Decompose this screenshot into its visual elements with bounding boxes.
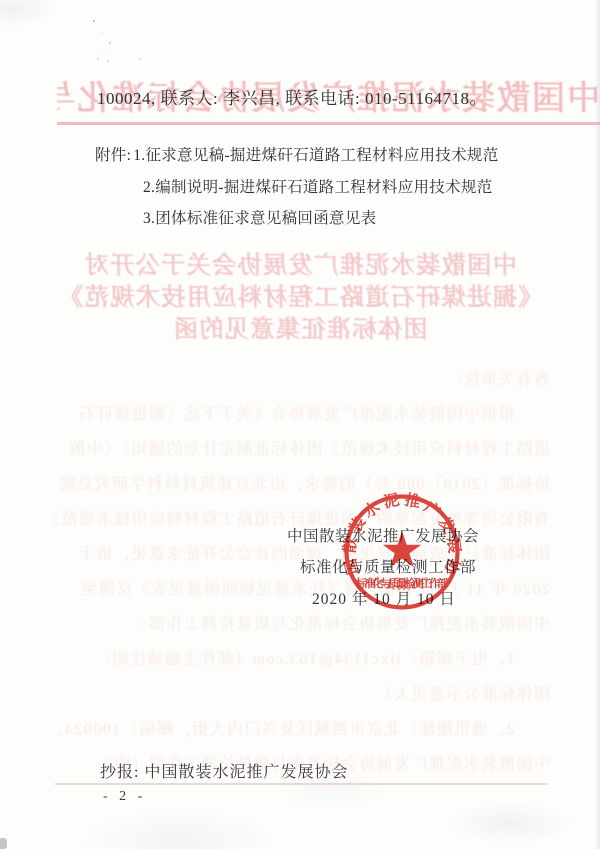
- official-seal: 中国散装水泥推广发展协会 ★ 标准化与质量检测工作部 101629938810: [340, 492, 464, 616]
- bleed-body-line: 协标准〔2019〕008 号）的要求，由北京建筑材料科学研究总院: [50, 467, 550, 502]
- bleed-body-line: 各有关单位：: [50, 362, 550, 397]
- attachment-item-3: 3.团体标准征求意见稿回函意见表: [143, 206, 376, 228]
- attachment-item-1: 1.征求意见稿-掘进煤矸石道路工程材料应用技术规范: [133, 147, 498, 164]
- bleed-title-line: 团体标准征集意见的函: [30, 314, 570, 346]
- footer-rule-bleed: [55, 783, 547, 785]
- seal-star-icon: ★: [380, 521, 425, 579]
- bleedthrough-title-block: 中国散装水泥推广发展协会关于公开对 《掘进煤矸石道路工程材料应用技术规范》 团体…: [30, 250, 570, 346]
- scan-corner-mark: [0, 838, 7, 849]
- bleed-body-line: 2、通讯地址：北京市西城区复兴门内大街，邮编：100024。: [50, 712, 550, 747]
- scanned-letter-page: 中国散装水泥推广发展协会标准化与质量检测工作部 100024, 联系人: 李兴昌…: [0, 0, 600, 849]
- bleed-body-line: 1、电子邮箱：lixc1134@163.com（邮件主题请注明：: [50, 642, 550, 677]
- bleed-body-line: 2020 年 11 月 11 日前，将《征求意见稿回函意见表》反馈至: [50, 572, 550, 607]
- bleed-body-line: 道路工程材料应用技术规范〉团体标准制定计划的通知》（中散: [50, 432, 550, 467]
- bleed-body-line: 团体标准公示意见人）: [50, 677, 550, 712]
- bleed-body-line: 根据中国散装水泥推广发展协会《关于下达〈掘进煤矸石: [50, 397, 550, 432]
- attachments-label: 附件:: [95, 147, 131, 164]
- bleed-body-line: 中国散装水泥推广发展协会标准化与质量检测工作部：: [50, 607, 550, 642]
- bleed-title-line: 中国散装水泥推广发展协会关于公开对: [30, 250, 570, 282]
- page-number: - 2 -: [103, 789, 146, 805]
- letterhead-rule-bleed: [57, 122, 600, 125]
- contact-line: 100024, 联系人: 李兴昌, 联系电话: 010-51164718。: [97, 84, 487, 109]
- attachment-item-2: 2.编制说明-掘进煤矸石道路工程材料应用技术规范: [143, 175, 493, 197]
- copy-to-line: 抄报: 中国散装水泥推广发展协会: [100, 759, 348, 782]
- scan-smudge: [93, 20, 95, 22]
- bleed-title-line: 《掘进煤矸石道路工程材料应用技术规范》: [30, 282, 570, 314]
